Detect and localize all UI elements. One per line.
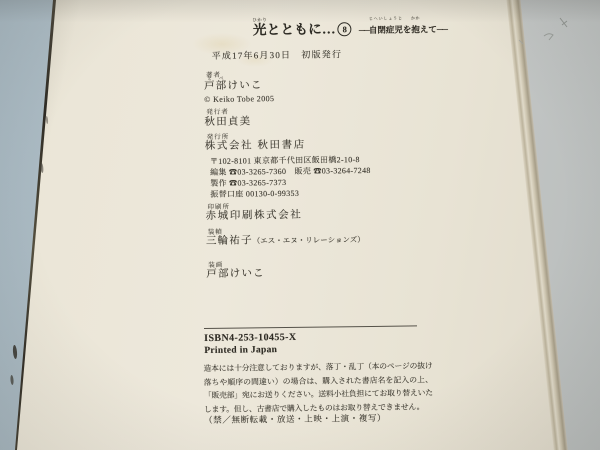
- publisher-address: 〒102-8101 東京都千代田区飯田橋2-10-8: [210, 155, 360, 166]
- publisher-phone-editorial-sales: 編集 ☎03-3265-7360 販売 ☎03-3264-7248: [210, 166, 371, 177]
- title-subtitle: ──自閉症児じへいしょうじを抱かかえて──: [359, 24, 447, 35]
- publisher-name: 株式会社 秋田書店: [205, 140, 306, 153]
- isbn-number: ISBN4-253-10455-X: [204, 332, 296, 345]
- subtitle-jiheishouji: 自閉症児じへいしょうじ: [369, 25, 403, 35]
- publisher-person-label: 発行者: [206, 109, 229, 117]
- colophon-content: 光ひかりとともに…8 ──自閉症児じへいしょうじを抱かかえて── 平成17年6月…: [202, 0, 457, 450]
- printed-in-japan: Printed in Japan: [204, 345, 277, 357]
- publisher-phone-production: 製作 ☎03-3265-7373: [210, 178, 286, 188]
- publisher-person-name: 秋田貞美: [204, 116, 251, 129]
- cover-artist-name: 戸部けいこ: [206, 268, 265, 281]
- divider-rule: [204, 325, 417, 329]
- edition-date-line: 平成17年6月30日 初版発行: [212, 49, 343, 61]
- subtitle-kakaete: 抱かか: [411, 24, 420, 34]
- book-title: 光ひかりとともに…8 ──自閉症児じへいしょうじを抱かかえて──: [252, 15, 447, 40]
- binding-designer-note: （エス・エヌ・リレーションズ）: [253, 235, 365, 245]
- rights-restriction-line: （禁／無断転載・放送・上映・上演・複写）: [204, 414, 386, 426]
- title-main: 光ひかりとともに…: [252, 21, 336, 37]
- replacement-notice: 造本には十分注意しておりますが、落丁・乱丁（本のページの抜け落ちや順序の間違い）…: [203, 359, 433, 416]
- page-fore-edge: [506, 0, 568, 450]
- binding-designer-name: 三輪祐子（エス・エヌ・リレーションズ）: [206, 234, 365, 248]
- author-name-ruby: 戸部とべ: [204, 81, 228, 92]
- copyright-line: © Keiko Tobe 2005: [204, 94, 274, 104]
- volume-number-badge: 8: [338, 22, 352, 36]
- printer-name: 赤城印刷株式会社: [206, 210, 303, 223]
- author-name: 戸部とべけいこ: [204, 75, 263, 93]
- title-hikari: 光ひかり: [252, 22, 267, 37]
- postal-transfer-account: 振替口座 00130-0-99353: [210, 189, 299, 199]
